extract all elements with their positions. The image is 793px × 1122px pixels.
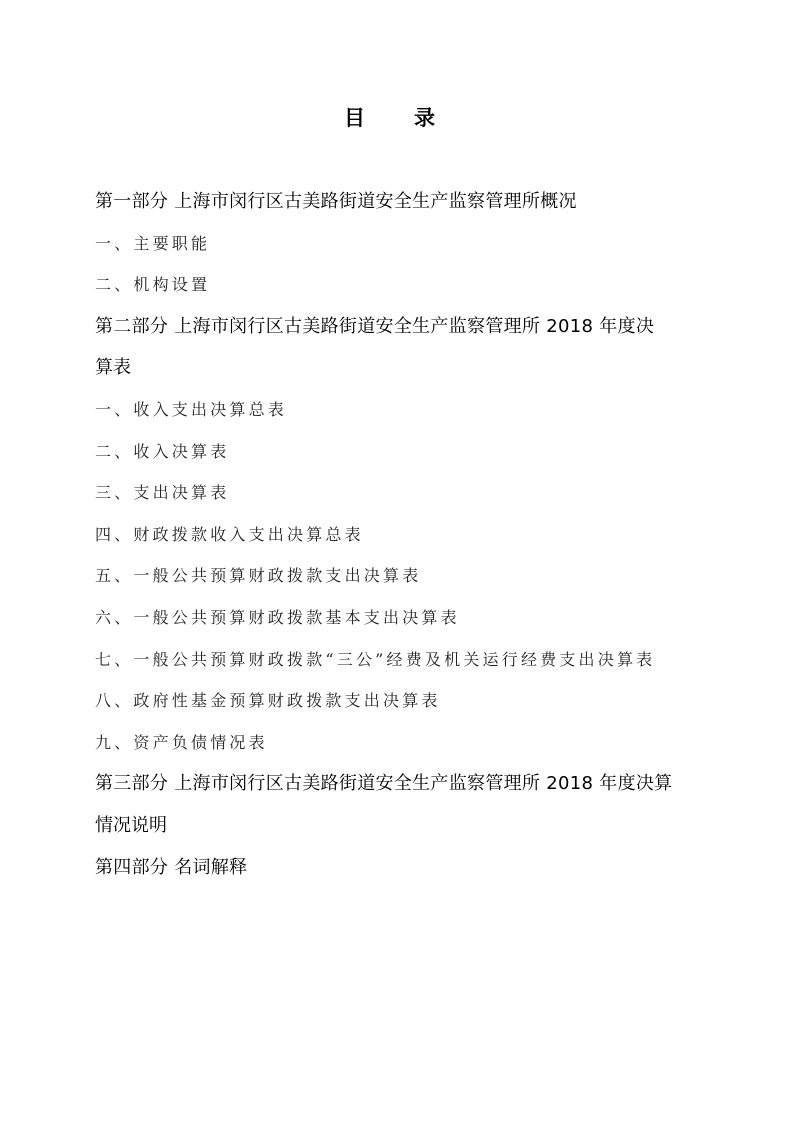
toc-item-assets-liabilities: 九、资产负债情况表: [95, 729, 745, 771]
toc-item-general-budget-basic-expense: 六、一般公共预算财政拨款基本支出决算表: [95, 604, 745, 646]
toc-item-fiscal-appropriation-summary: 四、财政拨款收入支出决算总表: [95, 521, 745, 563]
toc-item-expense-table: 三、支出决算表: [95, 479, 745, 521]
toc-part-1: 第一部分 上海市闵行区古美路街道安全生产监察管理所概况: [95, 188, 745, 230]
document-page: 目 录 第一部分 上海市闵行区古美路街道安全生产监察管理所概况 一、主要职能 二…: [0, 0, 793, 1122]
toc-item-income-table: 二、收入决算表: [95, 438, 745, 480]
toc-item-main-functions: 一、主要职能: [95, 230, 745, 272]
toc-part-3: 第三部分 上海市闵行区古美路街道安全生产监察管理所 2018 年度决算: [95, 770, 745, 812]
toc-item-income-expense-summary: 一、收入支出决算总表: [95, 396, 745, 438]
toc-item-government-fund-expense: 八、政府性基金预算财政拨款支出决算表: [95, 687, 745, 729]
toc-item-three-public-expenses: 七、一般公共预算财政拨款“三公”经费及机关运行经费支出决算表: [95, 646, 745, 688]
table-of-contents: 第一部分 上海市闵行区古美路街道安全生产监察管理所概况 一、主要职能 二、机构设…: [95, 188, 745, 895]
toc-part-3-continued: 情况说明: [95, 812, 745, 854]
toc-item-organization: 二、机构设置: [95, 271, 745, 313]
toc-part-2: 第二部分 上海市闵行区古美路街道安全生产监察管理所 2018 年度决: [95, 313, 745, 355]
toc-title: 目 录: [0, 104, 793, 132]
toc-part-2-continued: 算表: [95, 354, 745, 396]
toc-item-general-budget-expense: 五、一般公共预算财政拨款支出决算表: [95, 562, 745, 604]
toc-part-4: 第四部分 名词解释: [95, 854, 745, 896]
